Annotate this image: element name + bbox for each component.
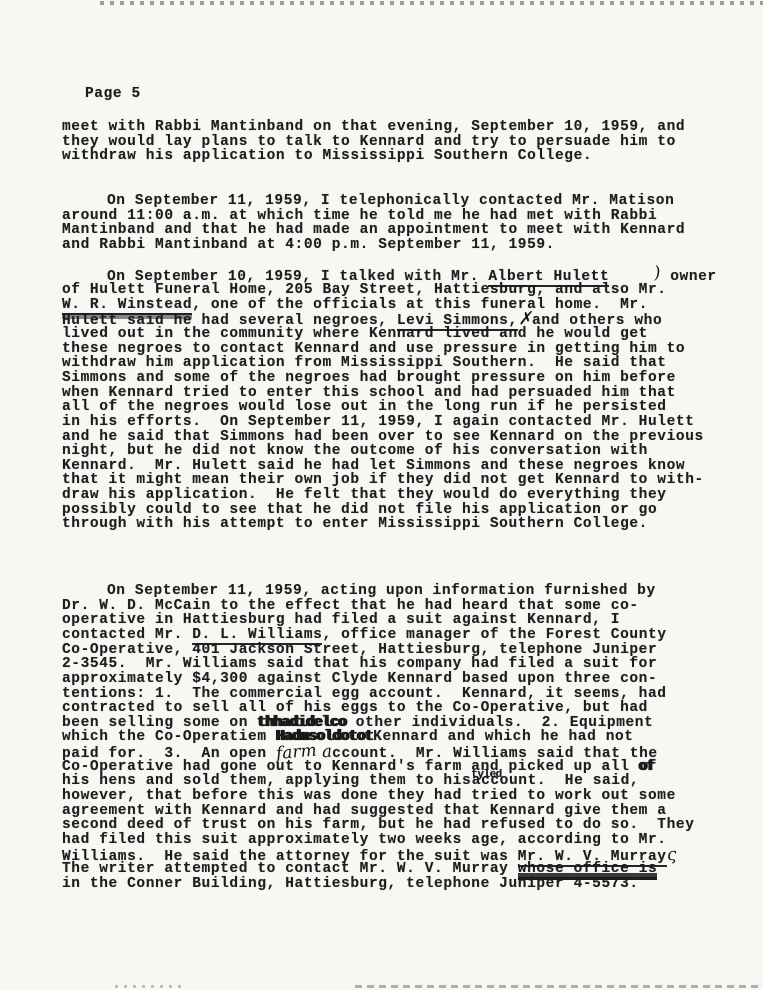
- text-line: all of the negroes would lose out in the…: [62, 400, 742, 415]
- text-segment: lived out in the community where Kennard…: [62, 326, 648, 342]
- handwritten-mark: ς: [666, 847, 677, 862]
- text-segment: and Rabbi Mantinband at 4:00 p.m. Septem…: [62, 237, 555, 253]
- text-segment: , one of the officials at this funeral h…: [192, 297, 648, 313]
- text-segment: in the Conner Building, Hattiesburg, tel…: [62, 876, 639, 892]
- text-line: 2-3545. Mr. Williams said that his compa…: [62, 657, 742, 672]
- handwritten-mark: ✗: [517, 312, 532, 328]
- scanned-document-page: Page 5 meet with Rabbi Mantinband on tha…: [0, 0, 763, 990]
- paragraph: On September 11, 1959, I telephonically …: [62, 194, 742, 253]
- text-line: The writer attempted to contact Mr. W. V…: [62, 862, 742, 877]
- text-line: meet with Rabbi Mantinband on that eveni…: [62, 120, 742, 135]
- text-line: Simmons and some of the negroes had brou…: [62, 371, 742, 386]
- text-segment: in his efforts. On September 11, 1959, I…: [62, 414, 695, 430]
- text-line: draw his application. He felt that they …: [62, 488, 742, 503]
- text-segment: all of the negroes would lose out in the…: [62, 399, 667, 415]
- text-line: withdraw him application from Mississipp…: [62, 356, 742, 371]
- text-segment: had filed this suit approximately two we…: [62, 832, 667, 848]
- text-line: On September 10, 1959, I talked with Mr.…: [62, 268, 742, 283]
- text-segment: withdraw him application from Mississipp…: [62, 355, 667, 371]
- text-segment: withdraw his application to Mississippi …: [62, 148, 592, 164]
- text-line: contracted to sell all of his eggs to th…: [62, 701, 742, 716]
- text-line: night, but he did not know the outcome o…: [62, 444, 742, 459]
- text-segment: draw his application. He felt that they …: [62, 487, 667, 503]
- text-line: however, that before this was done they …: [62, 789, 742, 804]
- text-line: that it might mean their own job if they…: [62, 473, 742, 488]
- text-segment: operative in Hattiesburg had filed a sui…: [62, 612, 620, 628]
- text-line: and he said that Simmons had been over t…: [62, 430, 742, 445]
- text-segment: Mantinband and that he had made an appoi…: [62, 222, 685, 238]
- text-segment: 2-3545. Mr. Williams said that his compa…: [62, 656, 657, 672]
- text-line: Mantinband and that he had made an appoi…: [62, 223, 742, 238]
- text-line: his hens and sold them, applying them to…: [62, 774, 742, 789]
- text-line: which the Co-Operatiem HadmsoldototKenna…: [62, 730, 742, 745]
- text-line: Hulett said he had several negroes, Levi…: [62, 312, 742, 327]
- text-segment: approximately $4,300 against Clyde Kenna…: [62, 671, 657, 687]
- overtyped-text: of: [639, 759, 655, 775]
- text-segment: meet with Rabbi Mantinband on that eveni…: [62, 119, 685, 135]
- paragraph: On September 11, 1959, acting upon infor…: [62, 584, 742, 891]
- scan-edge-top-dashes: [100, 1, 763, 5]
- handwritten-mark: farm: [275, 743, 322, 762]
- text-line: second deed of trust on his farm, but he…: [62, 818, 742, 833]
- scan-edge-bottom-dashes-left: [115, 985, 185, 988]
- text-line: in his efforts. On September 11, 1959, I…: [62, 415, 742, 430]
- text-line: tentions: 1. The commercial egg account.…: [62, 687, 742, 702]
- text-segment: contracted to sell all of his eggs to th…: [62, 700, 648, 716]
- text-line: paid for. 3. An open farm account. Mr. W…: [62, 745, 742, 760]
- text-segment: which the Co-Operatiem: [62, 729, 276, 745]
- text-segment: his hens and sold them, applying them to…: [62, 773, 471, 789]
- text-line: of Hulett Funeral Home, 205 Bay Street, …: [62, 283, 742, 298]
- text-line: operative in Hattiesburg had filed a sui…: [62, 613, 742, 628]
- text-segment: owner: [661, 269, 717, 285]
- text-segment: second deed of trust on his farm, but he…: [62, 817, 695, 833]
- text-line: W. R. Winstead, one of the officials at …: [62, 298, 742, 313]
- text-line: lived out in the community where Kennard…: [62, 327, 742, 342]
- overtyped-correction: tyled: [471, 769, 502, 781]
- text-line: through with his attempt to enter Missis…: [62, 517, 742, 532]
- text-segment: contacted Mr.: [62, 627, 192, 643]
- text-segment: night, but he did not know the outcome o…: [62, 443, 648, 459]
- text-segment: however, that before this was done they …: [62, 788, 676, 804]
- text-segment: On September 11, 1959, I telephonically …: [107, 193, 674, 209]
- text-line: On September 11, 1959, I telephonically …: [62, 194, 742, 209]
- text-line: approximately $4,300 against Clyde Kenna…: [62, 672, 742, 687]
- text-segment: The writer attempted to contact Mr. W. V…: [62, 861, 518, 877]
- text-segment: through with his attempt to enter Missis…: [62, 516, 648, 532]
- text-line: and Rabbi Mantinband at 4:00 p.m. Septem…: [62, 238, 742, 253]
- text-line: Williams. He said the attorney for the s…: [62, 848, 742, 863]
- text-segment: , office manager of the Forest County: [322, 627, 666, 643]
- text-segment: of Hulett Funeral Home, 205 Bay Street, …: [62, 282, 667, 298]
- text-segment: On September 11, 1959, acting upon infor…: [107, 583, 656, 599]
- text-line: On September 11, 1959, acting upon infor…: [62, 584, 742, 599]
- page-number-label: Page 5: [85, 86, 141, 102]
- document-body: meet with Rabbi Mantinband on that eveni…: [62, 120, 742, 891]
- text-line: contacted Mr. D. L. Williams, office man…: [62, 628, 742, 643]
- handwritten-mark: a: [321, 745, 332, 760]
- text-segment: Kennard and which he had not: [373, 729, 633, 745]
- text-line: had filed this suit approximately two we…: [62, 833, 742, 848]
- text-line: around 11:00 a.m. at which time he told …: [62, 209, 742, 224]
- text-line: withdraw his application to Mississippi …: [62, 149, 742, 164]
- scan-edge-bottom-dashes-right: [355, 985, 759, 988]
- paragraph: meet with Rabbi Mantinband on that eveni…: [62, 120, 742, 164]
- paragraph: On September 10, 1959, I talked with Mr.…: [62, 268, 742, 532]
- text-segment: Simmons and some of the negroes had brou…: [62, 370, 676, 386]
